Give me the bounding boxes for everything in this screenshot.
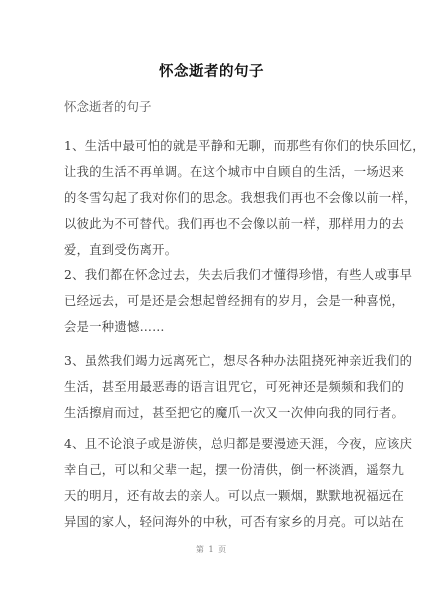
- document-title: 怀念逝者的句子: [0, 60, 423, 81]
- paragraph-line: 让我的生活不再单调。在这个城市中自顾自的生活，一场迟来: [64, 159, 364, 185]
- paragraph-line: 异国的家人，轻问海外的中秋，可否有家乡的月亮。可以站在: [64, 509, 364, 535]
- paragraph-line: 1、生活中最可怕的就是平静和无聊，而那些有你们的快乐回忆，: [64, 133, 364, 159]
- paragraph-4: 4、且不论浪子或是游侠，总归都是要漫迹天涯，今夜，应该庆 幸自己，可以和父辈一起…: [64, 431, 364, 535]
- document-page: 怀念逝者的句子 怀念逝者的句子 1、生活中最可怕的就是平静和无聊，而那些有你们的…: [0, 0, 423, 600]
- paragraph-line: 天的明月，还有故去的亲人。可以点一颗烟，默默地祝福远在: [64, 483, 364, 509]
- paragraph-line: 爱，直到受伤离开。: [64, 237, 364, 263]
- paragraph-2: 2、我们都在怀念过去，失去后我们才懂得珍惜，有些人或事早 已经远去，可是还是会想…: [64, 262, 364, 340]
- paragraph-line: 3、虽然我们竭力远离死亡，想尽各种办法阻挠死神亲近我们的: [64, 348, 364, 374]
- paragraph-line: 已经远去，可是还是会想起曾经拥有的岁月，会是一种喜悦，: [64, 288, 364, 314]
- paragraph-3: 3、虽然我们竭力远离死亡，想尽各种办法阻挠死神亲近我们的 生活，甚至用最恶毒的语…: [64, 348, 364, 426]
- paragraph-line: 的冬雪勾起了我对你们的思念。我想我们再也不会像以前一样，: [64, 185, 364, 211]
- paragraph-line: 会是一种遗憾……: [64, 314, 364, 340]
- page-number: 第 1 页: [0, 544, 423, 555]
- paragraph-line: 生活擦肩而过，甚至把它的魔爪一次又一次伸向我的同行者。: [64, 400, 364, 426]
- paragraph-line: 幸自己，可以和父辈一起，摆一份清供，倒一杯淡酒，遥祭九: [64, 457, 364, 483]
- document-subtitle: 怀念逝者的句子: [64, 97, 152, 115]
- paragraph-line: 生活，甚至用最恶毒的语言诅咒它，可死神还是频频和我们的: [64, 374, 364, 400]
- paragraph-line: 4、且不论浪子或是游侠，总归都是要漫迹天涯，今夜，应该庆: [64, 431, 364, 457]
- paragraph-line: 2、我们都在怀念过去，失去后我们才懂得珍惜，有些人或事早: [64, 262, 364, 288]
- paragraph-1: 1、生活中最可怕的就是平静和无聊，而那些有你们的快乐回忆， 让我的生活不再单调。…: [64, 133, 364, 263]
- paragraph-line: 以彼此为不可替代。我们再也不会像以前一样，那样用力的去: [64, 211, 364, 237]
